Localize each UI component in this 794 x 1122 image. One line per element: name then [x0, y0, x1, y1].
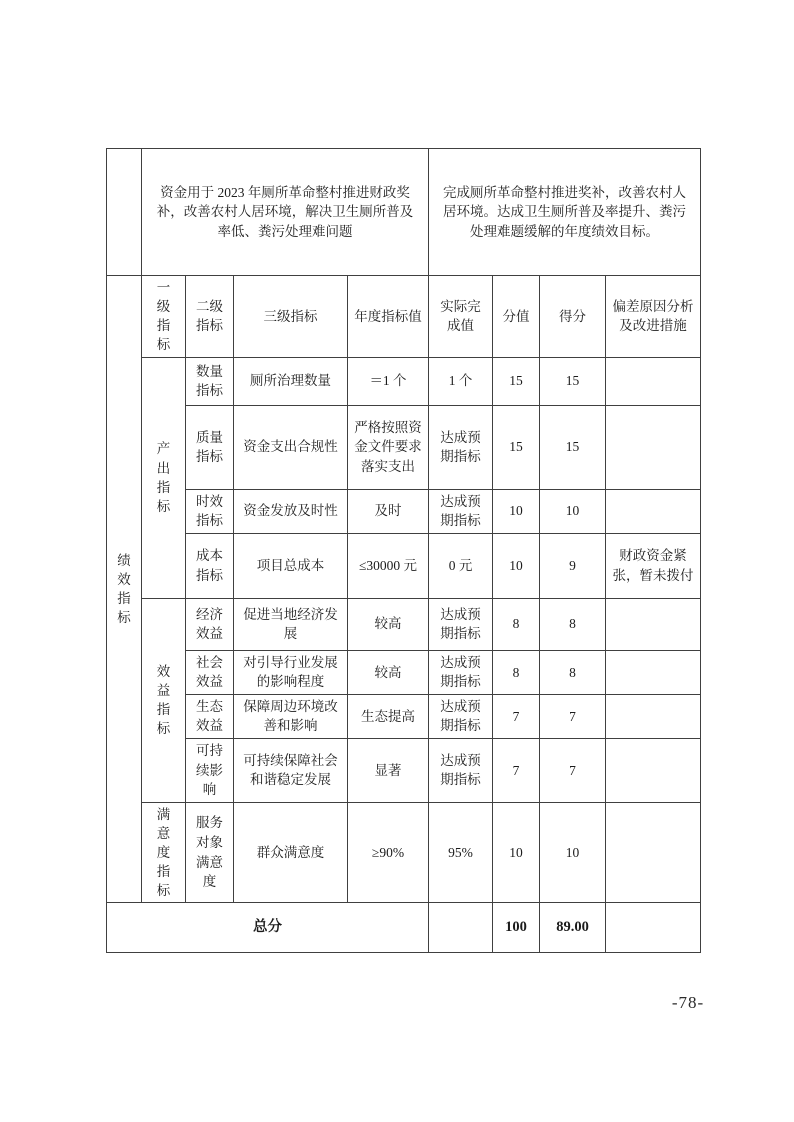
cell-deviation [606, 739, 701, 803]
cell-level2: 质量指标 [186, 405, 234, 489]
header-row: 绩效指标 一级指标 二级指标 三级指标 年度指标值 实际完成值 分值 得分 偏差… [107, 276, 701, 358]
cell-target: 严格按照资金文件要求落实支出 [348, 405, 429, 489]
table-row: 产出指标 数量指标 厕所治理数量 ＝1 个 1 个 15 15 [107, 357, 701, 405]
total-label: 总分 [107, 903, 429, 953]
table-row: 生态效益 保障周边环境改善和影响 生态提高 达成预期指标 7 7 [107, 694, 701, 738]
cell-points: 8 [493, 598, 540, 650]
cell-level3: 对引导行业发展的影响程度 [234, 650, 348, 694]
cell-level2: 社会效益 [186, 650, 234, 694]
group-label-output: 产出指标 [142, 357, 186, 598]
total-actual [429, 903, 493, 953]
cell-actual: 达成预期指标 [429, 598, 493, 650]
page-number: -78- [648, 993, 728, 1013]
table-row: 时效指标 资金发放及时性 及时 达成预期指标 10 10 [107, 489, 701, 533]
total-score: 89.00 [540, 903, 606, 953]
cell-score: 10 [540, 489, 606, 533]
cell-level3: 资金发放及时性 [234, 489, 348, 533]
performance-goal-cell: 完成厕所革命整村推进奖补，改善农村人居环境。达成卫生厕所普及率提升、粪污处理难题… [429, 149, 701, 276]
cell-deviation [606, 357, 701, 405]
cell-level3: 促进当地经济发展 [234, 598, 348, 650]
header-level2: 二级指标 [186, 276, 234, 358]
side-label-cell: 绩效指标 [107, 276, 142, 903]
cell-target: 较高 [348, 598, 429, 650]
cell-level3: 厕所治理数量 [234, 357, 348, 405]
header-level3: 三级指标 [234, 276, 348, 358]
cell-target: 生态提高 [348, 694, 429, 738]
cell-deviation [606, 598, 701, 650]
table-row: 可持续影响 可持续保障社会和谐稳定发展 显著 达成预期指标 7 7 [107, 739, 701, 803]
cell-level3: 群众满意度 [234, 802, 348, 903]
cell-points: 10 [493, 802, 540, 903]
cell-points: 10 [493, 533, 540, 598]
cell-points: 7 [493, 739, 540, 803]
cell-deviation: 财政资金紧张，暂未拨付 [606, 533, 701, 598]
cell-score: 15 [540, 405, 606, 489]
cell-score: 8 [540, 598, 606, 650]
total-points: 100 [493, 903, 540, 953]
performance-indicator-table: 资金用于 2023 年厕所革命整村推进财政奖补，改善农村人居环境，解决卫生厕所普… [106, 148, 701, 953]
cell-target: 较高 [348, 650, 429, 694]
table-row: 社会效益 对引导行业发展的影响程度 较高 达成预期指标 8 8 [107, 650, 701, 694]
cell-actual: 0 元 [429, 533, 493, 598]
cell-target: 显著 [348, 739, 429, 803]
side-label: 绩效指标 [117, 551, 131, 628]
header-deviation: 偏差原因分析及改进措施 [606, 276, 701, 358]
document-page: 资金用于 2023 年厕所革命整村推进财政奖补，改善农村人居环境，解决卫生厕所普… [0, 0, 794, 1122]
group-label-benefit: 效益指标 [142, 598, 186, 802]
cell-points: 8 [493, 650, 540, 694]
header-score: 得分 [540, 276, 606, 358]
cell-target: ≥90% [348, 802, 429, 903]
cell-level2: 数量指标 [186, 357, 234, 405]
table-row: 质量指标 资金支出合规性 严格按照资金文件要求落实支出 达成预期指标 15 15 [107, 405, 701, 489]
group-label-satisfaction: 满意度指标 [142, 802, 186, 903]
cell-actual: 达成预期指标 [429, 489, 493, 533]
cell-target: ≤30000 元 [348, 533, 429, 598]
cell-actual: 达成预期指标 [429, 694, 493, 738]
header-level1: 一级指标 [142, 276, 186, 358]
cell-level3: 可持续保障社会和谐稳定发展 [234, 739, 348, 803]
cell-actual: 达成预期指标 [429, 739, 493, 803]
cell-deviation [606, 694, 701, 738]
cell-level3: 资金支出合规性 [234, 405, 348, 489]
cell-score: 15 [540, 357, 606, 405]
header-annual-target: 年度指标值 [348, 276, 429, 358]
cell-deviation [606, 405, 701, 489]
cell-points: 7 [493, 694, 540, 738]
cell-points: 15 [493, 405, 540, 489]
total-deviation [606, 903, 701, 953]
cell-level2: 时效指标 [186, 489, 234, 533]
cell-level3: 保障周边环境改善和影响 [234, 694, 348, 738]
cell-target: 及时 [348, 489, 429, 533]
cell-points: 10 [493, 489, 540, 533]
header-actual: 实际完成值 [429, 276, 493, 358]
project-summary-cell: 资金用于 2023 年厕所革命整村推进财政奖补，改善农村人居环境，解决卫生厕所普… [142, 149, 429, 276]
cell-actual: 达成预期指标 [429, 405, 493, 489]
cell-actual: 95% [429, 802, 493, 903]
cell-level2: 经济效益 [186, 598, 234, 650]
cell-level3: 项目总成本 [234, 533, 348, 598]
table-row: 满意度指标 服务对象满意度 群众满意度 ≥90% 95% 10 10 [107, 802, 701, 903]
cell-level2: 可持续影响 [186, 739, 234, 803]
table-row: 效益指标 经济效益 促进当地经济发展 较高 达成预期指标 8 8 [107, 598, 701, 650]
cell-score: 9 [540, 533, 606, 598]
cell-level2: 服务对象满意度 [186, 802, 234, 903]
cell-score: 7 [540, 739, 606, 803]
cell-level2: 生态效益 [186, 694, 234, 738]
cell-deviation [606, 650, 701, 694]
cell-deviation [606, 489, 701, 533]
cell-target: ＝1 个 [348, 357, 429, 405]
cell-score: 7 [540, 694, 606, 738]
cell-actual: 1 个 [429, 357, 493, 405]
cell-points: 15 [493, 357, 540, 405]
total-row: 总分 100 89.00 [107, 903, 701, 953]
cell-level2: 成本指标 [186, 533, 234, 598]
cell-score: 8 [540, 650, 606, 694]
cell-score: 10 [540, 802, 606, 903]
header-points: 分值 [493, 276, 540, 358]
table-row: 成本指标 项目总成本 ≤30000 元 0 元 10 9 财政资金紧张，暂未拨付 [107, 533, 701, 598]
intro-spacer-cell [107, 149, 142, 276]
cell-deviation [606, 802, 701, 903]
cell-actual: 达成预期指标 [429, 650, 493, 694]
intro-row: 资金用于 2023 年厕所革命整村推进财政奖补，改善农村人居环境，解决卫生厕所普… [107, 149, 701, 276]
